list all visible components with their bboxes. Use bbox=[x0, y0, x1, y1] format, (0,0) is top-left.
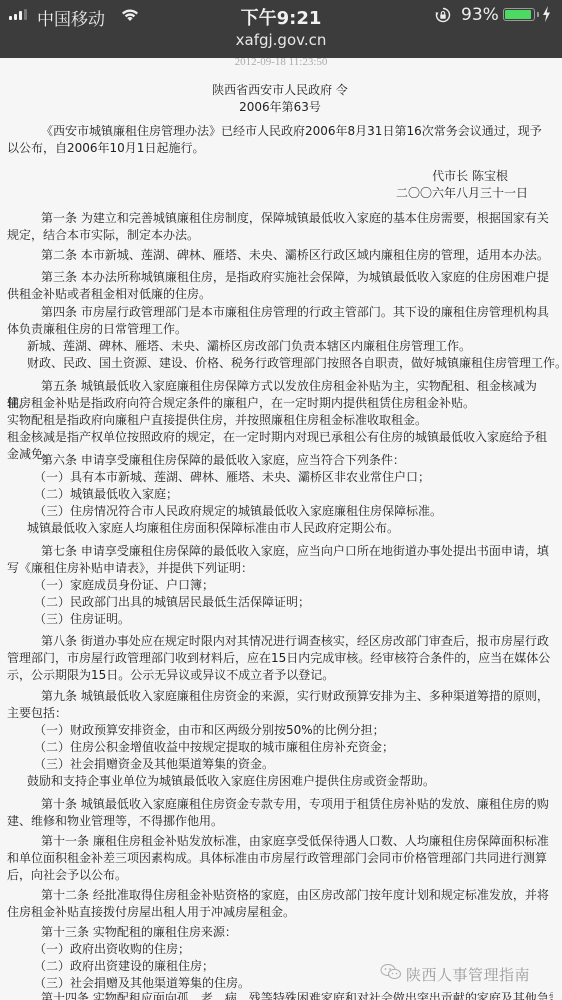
ios-top-bar: 中国移动 下午9:21 93% xafgj.gov.cn bbox=[0, 0, 562, 58]
article-7-item-1: （一）家庭成员身份证、户口簿； bbox=[7, 577, 562, 594]
preamble: 《西安市城镇廉租住房管理办法》已经市人民政府2006年8月31日第16次常务会议… bbox=[7, 123, 553, 157]
article-3: 第三条 本办法所称城镇廉租住房，是指政府实施社会保障，为城镇最低收入家庭的住房困… bbox=[7, 269, 553, 303]
article-4-para-1: 新城、莲湖、碑林、雁塔、未央、灞桥区房改部门负责本辖区内廉租住房管理工作。 bbox=[7, 338, 562, 355]
article-9: 第九条 城镇最低收入家庭廉租住房资金的来源，实行财政预算安排为主、多种渠道筹措的… bbox=[7, 688, 553, 722]
battery-icon bbox=[503, 8, 535, 21]
article-6-item-1: （一）具有本市新城、莲湖、碑林、雁塔、未央、灞桥区非农业常住户口； bbox=[7, 469, 562, 486]
article-2: 第二条 本市新城、莲湖、碑林、雁塔、未央、灞桥区行政区域内廉租住房的管理，适用本… bbox=[7, 247, 553, 264]
article-6-note: 城镇最低收入家庭人均廉租住房面积保障标准由市人民政府定期公布。 bbox=[7, 520, 562, 537]
article-8: 第八条 街道办事处应在规定时限内对其情况进行调查核实，经区房改部门审查后，报市房… bbox=[7, 633, 553, 684]
signer: 代市长 陈宝根 bbox=[7, 168, 553, 185]
article-7-item-3: （三）住房证明。 bbox=[7, 611, 562, 628]
article-12: 第十二条 经批准取得住房租金补贴资格的家庭，由区房改部门按年度计划和规定标准发放… bbox=[7, 887, 553, 921]
address-bar-url[interactable]: xafgj.gov.cn bbox=[0, 31, 562, 49]
article-4: 第四条 市房屋行政管理部门是本市廉租住房管理的行政主管部门。其下设的廉租住房管理… bbox=[7, 304, 553, 338]
order-number: 2006年第63号 bbox=[7, 99, 553, 116]
publish-timestamp: 2012-09-18 11:23:50 bbox=[0, 54, 562, 71]
watermark-text: 陕西人事管理指南 bbox=[406, 964, 530, 985]
charging-bolt-icon bbox=[542, 6, 551, 26]
article-5-para-2: 实物配租是指政府向廉租户直接提供住房，并按照廉租住房租金标准收取租金。 bbox=[7, 412, 553, 429]
article-9-note: 鼓励和支持企事业单位为城镇最低收入家庭住房困难户提供住房或资金帮助。 bbox=[7, 773, 562, 790]
article-6-item-3: （三）住房情况符合市人民政府规定的城镇最低收入家庭廉租住房保障标准。 bbox=[7, 503, 562, 520]
battery-percent: 93% bbox=[461, 5, 499, 25]
article-6-item-2: （二）城镇最低收入家庭； bbox=[7, 486, 562, 503]
article-5-para-1: 住房租金补贴是指政府向符合规定条件的廉租户，在一定时期内提供租赁住房租金补贴。 bbox=[7, 395, 553, 412]
article-1: 第一条 为建立和完善城镇廉租住房制度，保障城镇最低收入家庭的基本住房需要，根据国… bbox=[7, 210, 553, 244]
rotation-lock-icon bbox=[435, 7, 451, 27]
article-9-item-3: （三）社会捐赠资金及其他渠道筹集的资金。 bbox=[7, 756, 562, 773]
battery-tip bbox=[537, 12, 539, 17]
document-page: 2012-09-18 11:23:50 陕西省西安市人民政府 令 2006年第6… bbox=[0, 58, 562, 1000]
article-6: 第六条 申请享受廉租住房保障的最低收入家庭，应当符合下列条件： bbox=[7, 452, 553, 469]
article-9-item-1: （一）财政预算安排资金，由市和区两级分别按50%的比例分担； bbox=[7, 722, 562, 739]
article-7-item-2: （二）民政部门出具的城镇居民最低生活保障证明； bbox=[7, 594, 562, 611]
article-9-item-2: （二）住房公积金增值收益中按规定提取的城市廉租住房补充资金； bbox=[7, 739, 562, 756]
wechat-watermark: 陕西人事管理指南 bbox=[380, 962, 530, 986]
issuer-heading: 陕西省西安市人民政府 令 bbox=[7, 82, 553, 99]
article-10: 第十条 城镇最低收入家庭廉租住房资金专款专用，专项用于租赁住房补贴的发放、廉租住… bbox=[7, 796, 553, 830]
status-bar: 中国移动 下午9:21 93% bbox=[0, 0, 562, 30]
article-7: 第七条 申请享受廉租住房保障的最低收入家庭，应当向户口所在地街道办事处提出书面申… bbox=[7, 543, 553, 577]
article-4-para-2: 财政、民政、国土资源、建设、价格、税务行政管理部门按照各自职责，做好城镇廉租住房… bbox=[7, 355, 562, 372]
sign-date: 二〇〇六年八月三十一日 bbox=[7, 185, 553, 202]
article-13-item-1: （一）政府出资收购的住房； bbox=[7, 941, 562, 958]
wechat-icon bbox=[380, 963, 402, 985]
article-14: 第十四条 实物配租应面向孤、老、病、残等特殊困难家庭和对社会做出突出贡献的家庭及… bbox=[7, 990, 553, 1000]
article-11: 第十一条 廉租住房租金补贴发放标准，由家庭享受低保待遇人口数、人均廉租住房保障面… bbox=[7, 833, 553, 884]
article-13: 第十三条 实物配租的廉租住房来源： bbox=[7, 924, 553, 941]
